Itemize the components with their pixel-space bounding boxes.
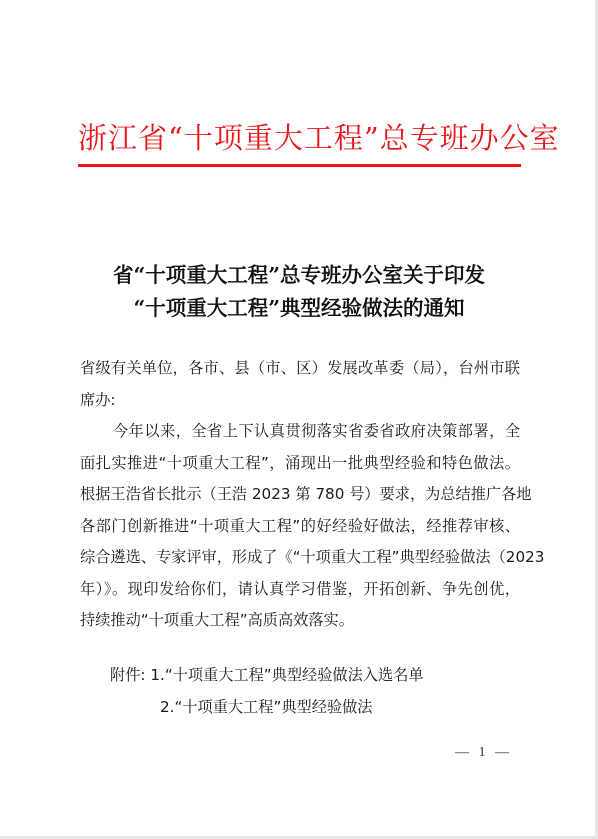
attachments-label: 附件: — [110, 666, 146, 684]
attachment-row-2: 2.“十项重大工程”典型经验做法 — [110, 692, 510, 724]
attachment-item-2: 2.“十项重大工程”典型经验做法 — [160, 698, 372, 716]
attachment-item-1: 1.“十项重大工程”典型经验做法入选名单 — [150, 666, 423, 684]
body-line-4: 各部门创新推进“十项重大工程”的好经验好做法，经推荐审核、 — [80, 511, 520, 543]
document-title-line-2: “十项重大工程”典型经验做法的通知 — [40, 292, 558, 325]
masthead-title: 浙江省“十项重大工程”总专班办公室 — [78, 120, 522, 156]
document-title: 省“十项重大工程”总专班办公室关于印发 “十项重大工程”典型经验做法的通知 — [40, 259, 558, 325]
document-title-line-1: 省“十项重大工程”总专班办公室关于印发 — [40, 259, 558, 292]
body-line-3: 根据王浩省长批示（王浩 2023 第 780 号）要求，为总结推广各地 — [80, 479, 520, 511]
page-number: — 1 — — [455, 745, 509, 761]
body-line-6: 年）》。现印发给你们，请认真学习借鉴，开拓创新、争先创优， — [80, 574, 520, 606]
body-line-7: 持续推动“十项重大工程”高质高效落实。 — [80, 605, 520, 637]
document-page: 浙江省“十项重大工程”总专班办公室 省“十项重大工程”总专班办公室关于印发 “十… — [0, 0, 595, 836]
recipients-line-1: 省级有关单位，各市、县（市、区）发展改革委（局），台州市联 — [80, 353, 520, 385]
body-line-2: 面扎实推进“十项重大工程”，涌现出一批典型经验和特色做法。 — [80, 448, 520, 480]
recipients-line-2: 席办: — [80, 385, 520, 417]
document-body: 省级有关单位，各市、县（市、区）发展改革委（局），台州市联 席办: 今年以来，全… — [80, 353, 520, 637]
body-line-5: 综合遴选、专家评审，形成了《“十项重大工程”典型经验做法（2023 — [80, 542, 520, 574]
body-line-1: 今年以来，全省上下认真贯彻落实省委省政府决策部署，全 — [80, 416, 520, 448]
attachment-row-1: 附件: 1.“十项重大工程”典型经验做法入选名单 — [110, 660, 510, 692]
masthead-red-rule — [78, 164, 521, 167]
attachments-section: 附件: 1.“十项重大工程”典型经验做法入选名单 2.“十项重大工程”典型经验做… — [110, 660, 510, 723]
